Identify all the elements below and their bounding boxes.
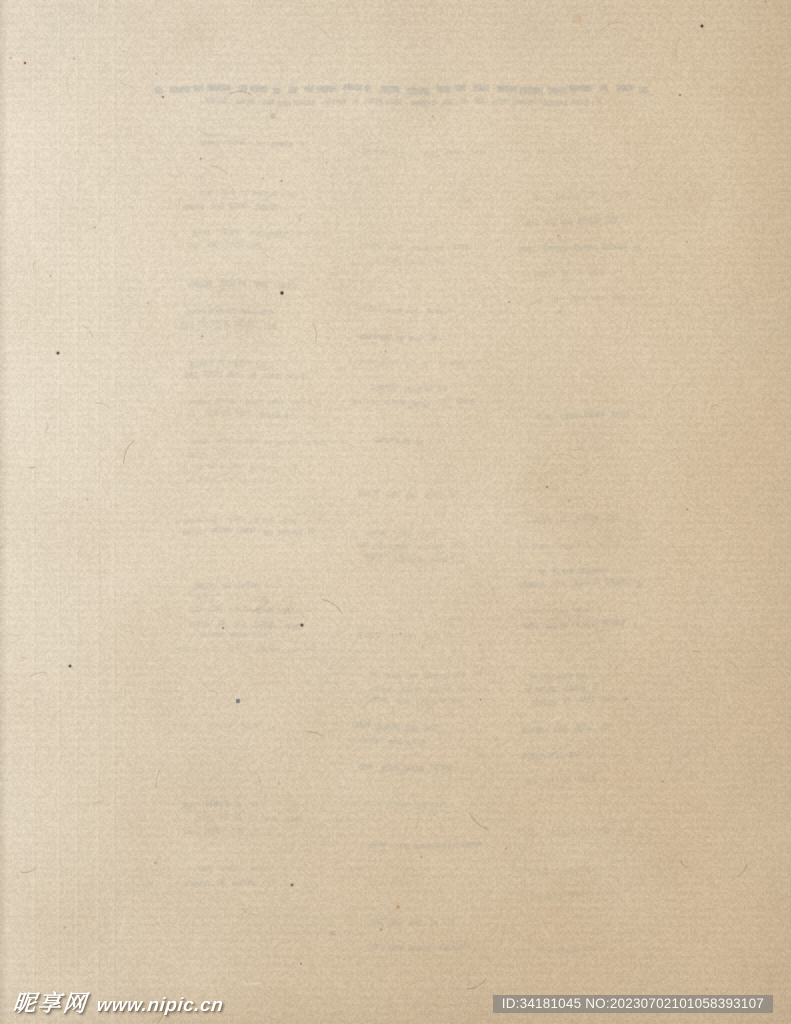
nipic-site-url: www.nipic.cn	[95, 995, 224, 1016]
paper-texture-canvas	[0, 0, 791, 1024]
nipic-site-name: 昵享网	[11, 990, 89, 1016]
image-id-label: ID:34181045 NO:20230702101058393107	[502, 996, 764, 1011]
old-paper-texture-photo: 昵享网www.nipic.cn ID:34181045 NO:202307021…	[0, 0, 791, 1024]
nipic-watermark: 昵享网www.nipic.cn	[11, 985, 225, 1018]
image-id-watermark-bar: ID:34181045 NO:20230702101058393107	[493, 995, 773, 1013]
